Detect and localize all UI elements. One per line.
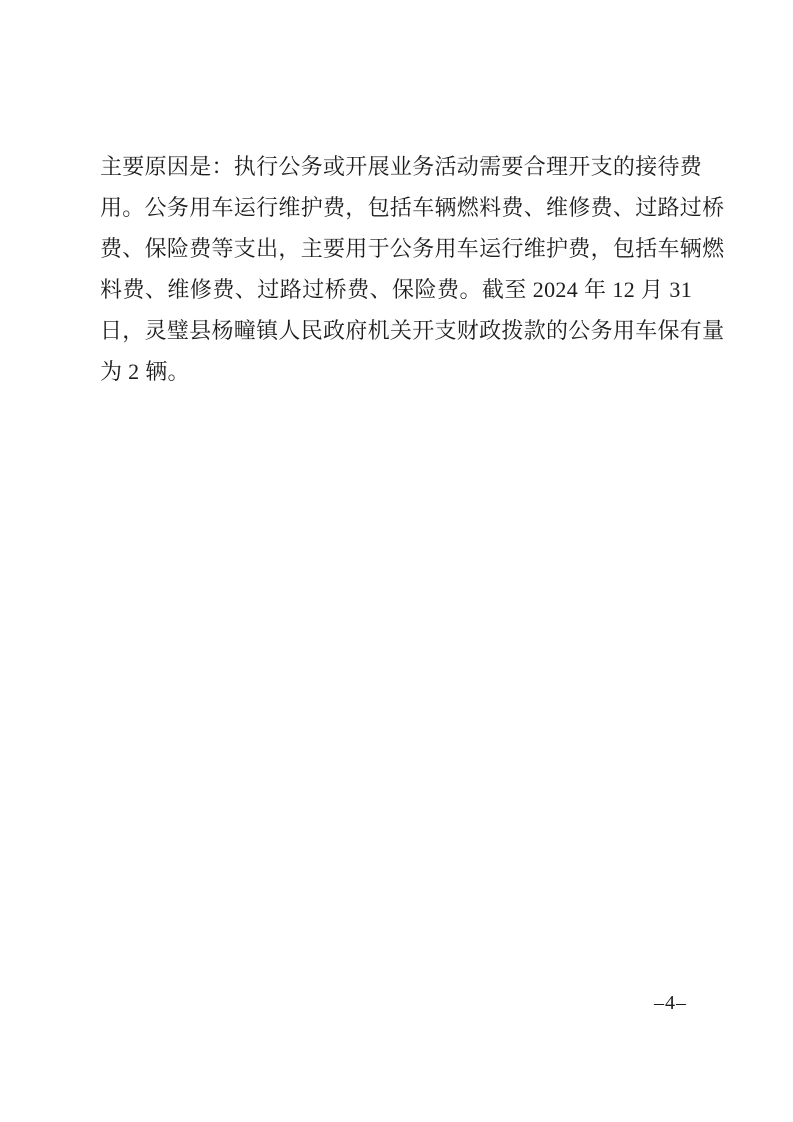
paragraph-line-4: 料费、维修费、过路过桥费、保险费。截至 2024 年 12 月 31 [100,269,692,310]
paragraph-line-2: 用。公务用车运行维护费，包括车辆燃料费、维修费、过路过桥 [100,187,692,228]
paragraph-line-5: 日，灵璧县杨疃镇人民政府机关开支财政拨款的公务用车保有量 [100,310,692,351]
body-paragraph: 主要原因是：执行公务或开展业务活动需要合理开支的接待费 用。公务用车运行维护费，… [100,146,692,392]
page-number: –4– [654,991,687,1015]
paragraph-line-1: 主要原因是：执行公务或开展业务活动需要合理开支的接待费 [100,146,692,187]
paragraph-line-3: 费、保险费等支出，主要用于公务用车运行维护费，包括车辆燃 [100,228,692,269]
document-page: 主要原因是：执行公务或开展业务活动需要合理开支的接待费 用。公务用车运行维护费，… [0,0,793,1122]
paragraph-line-6: 为 2 辆。 [100,351,692,392]
